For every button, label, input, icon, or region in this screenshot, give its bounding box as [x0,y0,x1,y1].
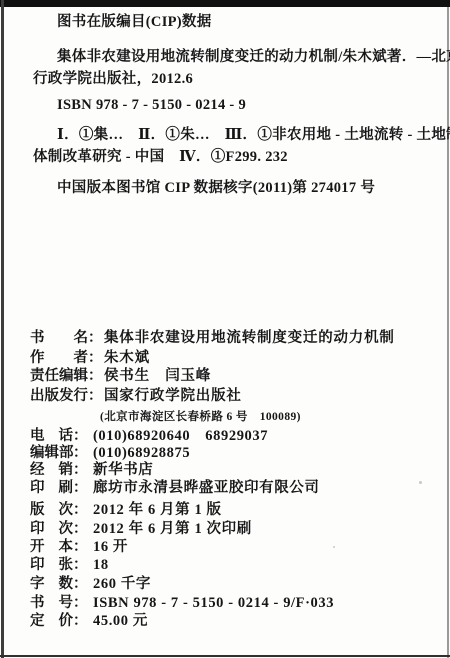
row-label: 书号 [30,596,73,611]
row-value: (010)68920640 68929037 [93,429,268,444]
row-label: 经销 [30,463,73,478]
row-value: 260 千字 [93,577,151,592]
row-label: 印张 [30,558,73,573]
row-label: 印刷 [30,481,73,496]
row-value: 18 [93,558,109,573]
page-left-edge [1,0,4,658]
row-colon: ： [73,446,87,461]
row-label: 书名 [30,331,88,346]
row-colon: ： [73,577,87,592]
cip-classification-line: 体制改革研究 - 中国 Ⅳ．①F299. 232 [33,149,288,165]
row-value: 集体非农建设用地流转制度变迁的动力机制 [104,331,395,346]
colophon-row-sheets: 印张：18 [30,558,109,573]
cip-record-line: 行政学院出版社，2012.6 [33,71,193,87]
page-right-edge [447,7,449,658]
colophon-row-impression: 印次：2012 年 6 月第 1 次印刷 [30,522,252,537]
colophon-row-title: 书名：集体非农建设用地流转制度变迁的动力机制 [30,331,395,346]
colophon-row-publisher: 出版发行：国家行政学院出版社 [30,389,242,404]
row-label: 作者 [30,351,88,366]
colophon-row-author: 作者：朱木斌 [30,351,150,366]
row-value: 朱木斌 [104,351,150,366]
colophon-row-printer: 印刷：廊坊市永清县晔盛亚胶印有限公司 [30,481,320,496]
colophon-row-editors: 责任编辑：侯书生 闫玉峰 [30,369,211,384]
row-label: 开本 [30,540,73,555]
page-top-edge [0,0,450,7]
publisher-address-note: (北京市海淀区长春桥路 6 号 100089) [100,408,301,424]
row-colon: ： [88,331,102,346]
row-colon: ： [88,389,102,404]
row-label: 责任编辑 [30,369,88,384]
row-value: 新华书店 [93,463,153,478]
row-value: (010)68928875 [93,446,190,461]
page-bottom-edge [0,655,450,657]
row-colon: ： [88,351,102,366]
row-label: 版次 [30,503,73,518]
row-value: 2012 年 6 月第 1 次印刷 [93,522,252,537]
row-colon: ： [88,369,102,384]
row-value: 16 开 [93,540,128,555]
row-colon: ： [73,429,87,444]
colophon-row-distributor: 经销：新华书店 [30,463,153,478]
row-value: 侯书生 闫玉峰 [104,369,211,384]
row-label: 电话 [30,429,73,444]
row-label: 编辑部 [30,446,73,461]
colophon-row-phone: 电话：(010)68920640 68929037 [30,429,268,444]
row-colon: ： [73,463,87,478]
row-colon: ： [73,503,87,518]
row-colon: ： [73,481,87,496]
cip-heading: 图书在版编目(CIP)数据 [57,14,212,30]
row-colon: ： [73,614,87,629]
row-label: 出版发行 [30,389,88,404]
scan-speck [333,546,335,548]
row-value: 2012 年 6 月第 1 版 [93,503,222,518]
row-colon: ： [73,558,87,573]
cip-classification-line: Ⅰ．①集… Ⅱ．①朱… Ⅲ．①非农用地 - 土地流转 - 土地制度 - 经济 [57,127,450,143]
colophon-row-price: 定价：45.00 元 [30,614,148,629]
row-colon: ： [73,596,87,611]
cip-registration-line: 中国版本图书馆 CIP 数据核字(2011)第 274017 号 [57,180,375,196]
scan-speck [419,481,422,484]
row-value: 廊坊市永清县晔盛亚胶印有限公司 [93,481,320,496]
cip-record-line: 集体非农建设用地流转制度变迁的动力机制/朱木斌著．—北京：国家 [57,49,450,65]
row-label: 字数 [30,577,73,592]
colophon-row-format: 开本：16 开 [30,540,128,555]
row-value: ISBN 978 - 7 - 5150 - 0214 - 9/F·033 [93,596,334,611]
colophon-row-isbn: 书号：ISBN 978 - 7 - 5150 - 0214 - 9/F·033 [30,596,334,611]
row-label: 定价 [30,614,73,629]
row-value: 45.00 元 [93,614,148,629]
row-value: 国家行政学院出版社 [104,389,242,404]
scan-speck [288,58,291,60]
colophon-row-editorial-dept: 编辑部：(010)68928875 [30,446,190,461]
cip-isbn-line: ISBN 978 - 7 - 5150 - 0214 - 9 [57,97,246,113]
row-colon: ： [73,540,87,555]
colophon-row-edition: 版次：2012 年 6 月第 1 版 [30,503,222,518]
book-copyright-page: { "colon_char": "：", "cip": { "heading":… [0,0,450,658]
row-colon: ： [73,522,87,537]
colophon-row-word-count: 字数：260 千字 [30,577,151,592]
row-label: 印次 [30,522,73,537]
